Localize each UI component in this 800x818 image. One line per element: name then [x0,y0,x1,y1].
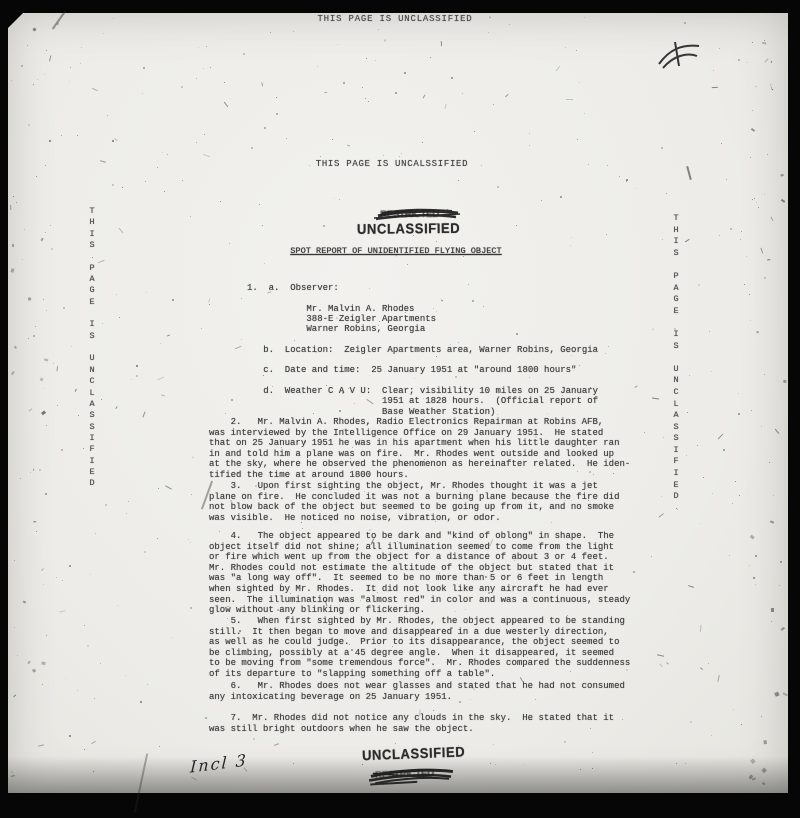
scan-shadow-gradient [8,756,788,793]
paragraph-2: 2. Mr. Malvin A. Rhodes, Radio Electroni… [209,417,630,481]
pen-scribble-mark [655,38,703,72]
paragraph-4: 4. The object appeared to be dark and "k… [209,531,630,616]
paragraph-3: 3. Upon first sighting the object, Mr. R… [209,481,619,523]
top-banner-text: THIS PAGE IS UNCLASSIFIED [0,14,790,24]
right-margin-vertical-text: T H I S P A G E I S U N C L A S S I F I … [669,213,683,503]
document-title: SPOT REPORT OF UNIDENTIFIED FLYING OBJEC… [276,246,516,256]
page-header-text: THIS PAGE IS UNCALSSIFIED [0,159,784,169]
scanned-document: THIS PAGE IS UNCLASSIFIED T H I S P A G … [0,0,800,818]
unclassified-stamp-top: UNCLASSIFIED [357,220,460,237]
paragraph-6: 6. Mr. Rhodes does not wear glasses and … [209,681,625,702]
paragraph-5: 5. When first sighted by Mr. Rhodes, the… [209,616,630,680]
section-1-observer: 1. a. Observer: Mr. Malvin A. Rhodes 388… [247,283,598,417]
paragraph-7: 7. Mr. Rhodes did not notice any clouds … [209,713,614,734]
left-margin-vertical-text: T H I S P A G E I S U N C L A S S I F I … [85,206,99,490]
